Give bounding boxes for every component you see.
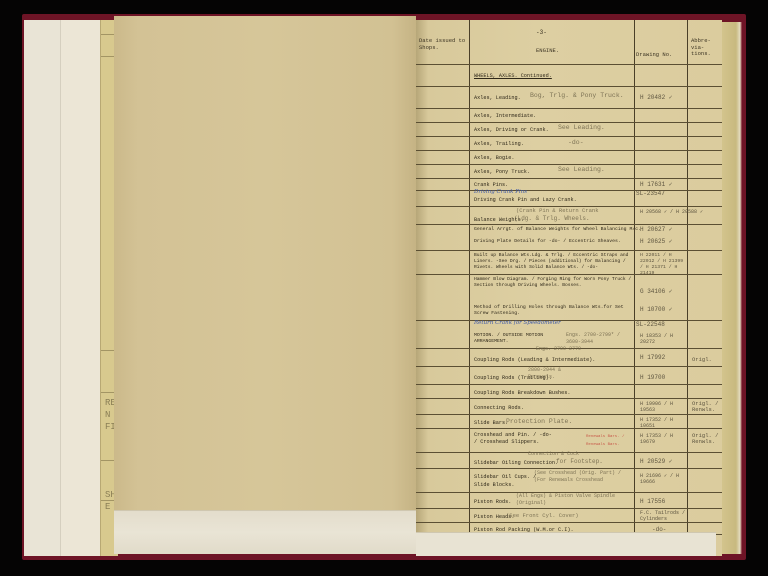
drawing-number: SL-23547 [636, 191, 665, 197]
ledger-row: Crank Pins. H 17631 ✓ [416, 178, 722, 190]
engine-part: Piston Rods. [474, 499, 511, 505]
overtyped-note: See Leading. [558, 166, 605, 173]
ledger-row: Axles, Leading. Bog, Trlg. & Pony Truck.… [416, 86, 722, 108]
drawing-number: H 18353 / H 20272 [640, 333, 684, 345]
handwritten-note: Return Crank for Speedometer [474, 320, 561, 326]
overtyped-note: (See Crosshead (Orig. Part) / (For Renew… [534, 470, 634, 484]
ledger-row: Axles, Driving or Crank. See Leading. [416, 122, 722, 136]
engine-part: Method of Drilling Holes through Balance… [474, 305, 634, 317]
engine-part: Coupling Rods Breakdown Bushes. [474, 390, 571, 396]
ledger-row: Return Crank for Speedometer SL-22548 [416, 320, 722, 330]
engine-part: General Arrgt. of Balance Weights for Wh… [474, 227, 641, 233]
drawing-number: H 17353 / H 19679 [640, 433, 684, 445]
section-heading: WHEELS, AXLES. Continued. [474, 73, 552, 79]
handwritten-note: Driving Crank Pins [474, 189, 527, 195]
ledger-row: Piston Heads. (See Front Cyl. Cover) F.C… [416, 508, 722, 522]
ledger-row: (Crank Pin & Return Crank Balance Weight… [416, 206, 722, 224]
red-stamp: Renewals Bars. / Renewals Bars. [586, 433, 636, 449]
flyleaf [24, 20, 62, 556]
overtyped-note: Engs. 2700-2799* / 3600-3944 [566, 332, 632, 346]
drawing-number: H 20482 ✓ [640, 95, 672, 101]
drawing-number: H 20568 ✓ / H 20588 ✓ [640, 209, 703, 215]
ledger-row: Driving Crank Pins Driving Crank Pin and… [416, 190, 722, 206]
overtyped-note: (Crank Pin & Return Crank [516, 207, 599, 214]
engine-part: Axles, Intermediate. [474, 113, 536, 119]
drawing-number: H 10700 ✓ [640, 307, 672, 313]
abbreviation: Origl. [692, 357, 712, 363]
overtyped-note: (All Engs) & Piston Valve Spindle (Origi… [516, 493, 632, 507]
engine-part: Axles, Bogie. [474, 155, 514, 161]
engine-part: Slide Bars. [474, 420, 508, 426]
drawing-number: H 21696 ✓ / H 19666 [640, 473, 684, 485]
engine-part: Axles, Trailing. [474, 141, 524, 147]
engine-part: Crank Pins. [474, 182, 508, 188]
drawing-number: G 34106 ✓ [640, 289, 672, 295]
overtyped-note: 2800-2944 & Renewals. [528, 367, 588, 381]
engine-part: Axles, Leading. [474, 95, 521, 101]
ledger-row: Coupling Rods (Trailing). 2800-2944 & Re… [416, 366, 722, 384]
ledger-row: Axles, Pony Truck. See Leading. [416, 164, 722, 178]
engine-part: Hammer Blow Diagram. / Forging Ring for … [474, 277, 634, 289]
ledger-row: Connection & Cock Slidebar Oiling Connec… [416, 452, 722, 468]
drawing-number: F.C. Tailrods / Cylinders [640, 510, 690, 522]
overtyped-note: Protection Plate. [506, 418, 572, 425]
page-edges [722, 22, 742, 554]
tissue-strip [114, 510, 416, 554]
overtyped-note: Engs. 2700-2779 [536, 346, 581, 353]
drawing-number: SL-22548 [636, 322, 665, 328]
engine-part: Coupling Rods (Leading & Intermediate). [474, 357, 595, 363]
ledger-row: Axles, Trailing. -do- [416, 136, 722, 150]
ledger-row: WHEELS, AXLES. Continued. [416, 64, 722, 86]
overtyped-note: Connection & Cock [528, 451, 579, 458]
ledger-row: Coupling Rods Breakdown Bushes. [416, 384, 722, 398]
partial-text: N [105, 410, 110, 420]
drawing-number: H 17556 [640, 499, 665, 505]
engine-part: Crosshead and Pin. / -do- / Crosshead Sl… [474, 432, 554, 446]
ledger-row: Method of Drilling Holes through Balance… [416, 302, 722, 320]
partial-text: E [105, 502, 110, 512]
flyleaf [60, 20, 102, 556]
ledger-row: Axles, Bogie. [416, 150, 722, 164]
drawing-number: H 19906 / H 19563 [640, 401, 684, 413]
engine-part: Driving Crank Pin and Lazy Crank. [474, 197, 577, 203]
ledger-row: Engs. 2700-2779 Coupling Rods (Leading &… [416, 348, 722, 366]
drawing-number: H 20529 ✓ [640, 459, 672, 465]
engine-part: Slidebar Oiling Connection. [474, 460, 558, 466]
ledger-row: Driving Plate Details for -do- / Eccentr… [416, 236, 722, 250]
ledger-row: Crosshead and Pin. / -do- / Crosshead Sl… [416, 428, 722, 452]
engine-part: Axles, Pony Truck. [474, 169, 530, 175]
engine-part: Axles, Driving or Crank. [474, 127, 549, 133]
ledger-row: Slidebar Oil Cups. / Slide Blocks. (See … [416, 468, 722, 492]
ledger-row: General Arrgt. of Balance Weights for Wh… [416, 224, 722, 236]
ledger-page: Date issued to Shops. -3- ENGINE. Drawin… [416, 20, 722, 556]
ledger-row: Piston Rods. (All Engs) & Piston Valve S… [416, 492, 722, 508]
engine-part: Connecting Rods. [474, 405, 524, 411]
drawing-number: H 17992 [640, 355, 665, 361]
engine-part: MOTION. / OUTSIDE MOTION ARRANGEMENT. [474, 333, 574, 345]
drawing-number: H 20627 ✓ [640, 227, 672, 233]
ledger-row: Slide Bars. Protection Plate. H 17352 / … [416, 414, 722, 428]
ledger-row: Axles, Intermediate. [416, 108, 722, 122]
tissue-strip [416, 532, 716, 556]
abbreviation: Origl. / Renwls. [692, 433, 720, 445]
overtyped-note: (Ldg. & Trlg. Wheels. [514, 215, 590, 222]
ledger-row: Connecting Rods. H 19906 / H 19563 Origl… [416, 398, 722, 414]
drawing-number: H 20625 ✓ [640, 239, 672, 245]
overtyped-note: See Leading. [558, 124, 605, 131]
ledger-row: Built up Balance Wts.Ldg. & Trlg. / Ecce… [416, 250, 722, 274]
overtyped-note: (See Front Cyl. Cover) [506, 512, 579, 519]
overtyped-note: Bog, Trlg. & Pony Truck. [530, 92, 624, 99]
ledger-row: Hammer Blow Diagram. / Forging Ring for … [416, 274, 722, 302]
drawing-number: H 19700 [640, 375, 665, 381]
engine-part: Built up Balance Wts.Ldg. & Trlg. / Ecce… [474, 253, 634, 271]
engine-part: Driving Plate Details for -do- / Eccentr… [474, 239, 621, 245]
overtyped-note: -do- [568, 139, 584, 146]
drawing-number: H 17631 ✓ [640, 182, 672, 188]
blank-left-page [114, 16, 416, 554]
overtyped-note: for Footstep. [556, 458, 603, 465]
abbreviation: Origl. / Renwls. [692, 401, 720, 413]
